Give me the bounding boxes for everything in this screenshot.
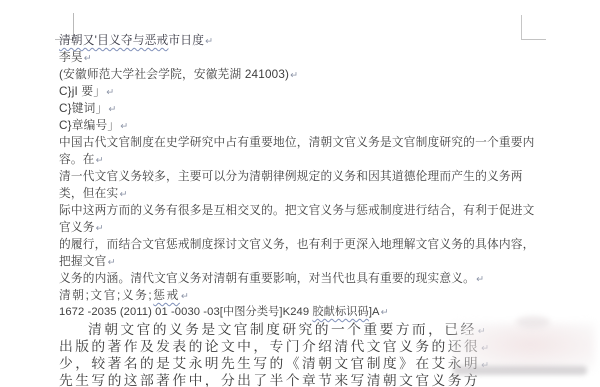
text-segment: 把握文官 bbox=[59, 255, 107, 268]
misspelled-text-segment: 胶献标识码 bbox=[312, 306, 368, 318]
text-line[interactable]: 李昊↵ bbox=[59, 49, 600, 66]
text-line[interactable]: 义务的内涵。清代文官义务对清朝有重要影响，对当代也具有重要的现实意义。↵ bbox=[59, 270, 600, 287]
text-line[interactable]: 清朝;文官;义务;惩戒↵ bbox=[59, 287, 600, 304]
text-segment: 中国古代文官制度在史学研究中占有重要地位，清朝文官义务是文官制度研究的一个重要内 bbox=[59, 136, 535, 149]
text-segment: 类，但在实 bbox=[59, 187, 118, 200]
paragraph-mark-icon: ↵ bbox=[96, 155, 104, 166]
text-line[interactable]: 清一代文官义务较多，主要可以分为清朝律例规定的义务和因其道德伦理而产生的义务两 bbox=[59, 168, 600, 185]
paragraph-mark-icon: ↵ bbox=[381, 307, 389, 318]
text-line[interactable]: 的履行，而结合文官惩戒制度探讨文官义务，也有利于更深入地理解文官义务的具体内容， bbox=[59, 236, 600, 253]
text-segment: 1672 -2035 (2011) 01 -0030 -03[中图分类号]K24… bbox=[59, 306, 312, 318]
text-segment: C}jI 要」 bbox=[59, 85, 105, 98]
text-segment: ]A bbox=[369, 306, 380, 318]
text-line[interactable]: C}jI 要」↵ bbox=[59, 83, 600, 100]
paragraph-mark-icon: ↵ bbox=[108, 104, 116, 115]
paragraph-mark-icon: ↵ bbox=[205, 36, 213, 47]
text-line[interactable]: 际中这两方而的义务有很多是互相交叉的。把文官义务与惩戒制度进行结合，有利于促进文 bbox=[59, 202, 600, 219]
paragraph-mark-icon: ↵ bbox=[96, 223, 104, 234]
text-segment: 容。在 bbox=[59, 153, 95, 166]
text-segment: 清朝;文官;义务; bbox=[59, 289, 153, 302]
paragraph-mark-icon: ↵ bbox=[120, 121, 128, 132]
misspelled-text-segment: 惩戒 bbox=[153, 289, 180, 302]
text-line[interactable]: 把握文官↵ bbox=[59, 253, 600, 270]
text-line[interactable]: C}章编号」↵ bbox=[59, 117, 600, 134]
text-segment: (安徽师范大学社会学院，安徽芜湖 241003) bbox=[59, 68, 289, 81]
text-segment: 的履行，而结合文官惩戒制度探讨文官义务，也有利于更深入地理解文官义务的具体内容， bbox=[59, 238, 535, 251]
text-segment: 清一代文官义务较多，主要可以分为清朝律例规定的义务和因其道德伦理而产生的义务两 bbox=[59, 170, 523, 183]
text-segment: 出版的著作及发表的论文中，专门介绍清代文官义务的还很 bbox=[59, 339, 480, 354]
text-segment: 际中这两方而的义务有很多是互相交叉的。把文官义务与惩戒制度进行结合，有利于促进文 bbox=[59, 204, 535, 217]
text-line[interactable]: 容。在↵ bbox=[59, 151, 600, 168]
text-line[interactable]: 官义务↵ bbox=[59, 219, 600, 236]
text-segment: C}章编号」 bbox=[59, 119, 119, 132]
blurred-watermark bbox=[452, 323, 595, 371]
text-line[interactable]: 清朝又'目义夺与恶戒市日度↵ bbox=[59, 32, 600, 49]
paragraph-mark-icon: ↵ bbox=[106, 87, 114, 98]
text-segment: 官义务 bbox=[59, 221, 95, 234]
paragraph-mark-icon: ↵ bbox=[290, 70, 298, 81]
text-segment: 先生写的这部著作中，分出了半个章节来写清朝文官义务方 bbox=[59, 373, 480, 387]
text-segment: 李昊 bbox=[59, 51, 83, 64]
text-line[interactable]: 类，但在实↵ bbox=[59, 185, 600, 202]
text-segment: 清朝文官的义务是文官制度研究的一个重要方而，已经 bbox=[88, 322, 477, 337]
document-page[interactable]: 清朝又'目义夺与恶戒市日度↵李昊↵(安徽师范大学社会学院，安徽芜湖 241003… bbox=[0, 0, 600, 387]
text-line[interactable]: (安徽师范大学社会学院，安徽芜湖 241003)↵ bbox=[59, 66, 600, 83]
paragraph-mark-icon: ↵ bbox=[84, 53, 92, 64]
misspelled-text-segment: 清朝又'目义夺与恶戒 bbox=[59, 34, 168, 47]
text-segment: C}键词」 bbox=[59, 102, 107, 115]
paragraph-mark-icon: ↵ bbox=[108, 257, 116, 268]
paragraph-mark-icon: ↵ bbox=[181, 291, 189, 302]
paragraph-mark-icon: ↵ bbox=[476, 274, 484, 285]
blurred-watermark-spot bbox=[516, 316, 550, 328]
paragraph-mark-icon: ↵ bbox=[119, 189, 127, 200]
blurred-watermark-text bbox=[453, 366, 587, 375]
text-line[interactable]: 中国古代文官制度在史学研究中占有重要地位，清朝文官义务是文官制度研究的一个重要内 bbox=[59, 134, 600, 151]
text-segment: 义务的内涵。清代文官义务对清朝有重要影响，对当代也具有重要的现实意义。 bbox=[59, 272, 475, 285]
text-line[interactable]: C}键词」↵ bbox=[59, 100, 600, 117]
text-segment: 市日度 bbox=[168, 34, 204, 47]
text-segment: 少，较著名的是艾永明先生写的《清朝文官制度》在艾永明 bbox=[59, 356, 480, 371]
